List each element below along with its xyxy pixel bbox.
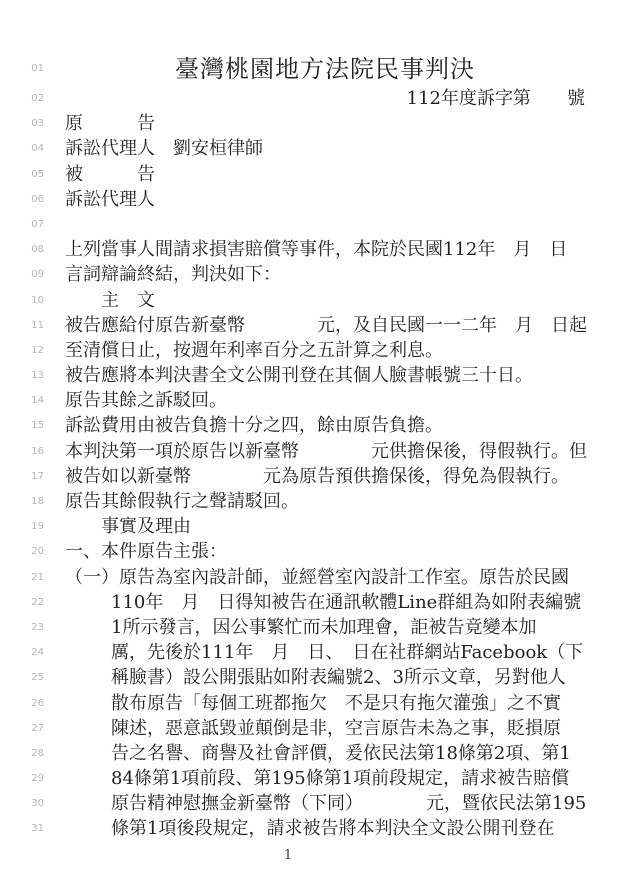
line-number: 23: [24, 615, 44, 640]
document-line: 13 被告應將本判決書全文公開刊登在其個人臉書帳號三十日。: [0, 363, 628, 388]
line-text: 告之名譽、商譽及社會評價，爰依民法第18條第2項、第1: [65, 741, 585, 766]
document-line: 25 稱臉書）設公開張貼如附表編號2、3所示文章，另對他人: [0, 665, 628, 690]
line-text: 原 告: [65, 111, 585, 136]
line-text: 臺灣桃園地方法院民事判決: [65, 52, 585, 86]
document-line: 17 被告如以新臺幣 元為原告預供擔保後，得免為假執行。: [0, 464, 628, 489]
line-text: 被 告: [65, 162, 585, 187]
line-number: 21: [24, 565, 44, 590]
line-text: 1所示發言，因公事繁忙而未加理會，詎被告竟變本加: [65, 615, 585, 640]
document-line: 12 至清償日止，按週年利率百分之五計算之利息。: [0, 338, 628, 363]
line-number: 29: [24, 766, 44, 791]
document-line: 15 訴訟費用由被告負擔十分之四，餘由原告負擔。: [0, 413, 628, 438]
document-line: 03 原 告: [0, 111, 628, 136]
line-text: 厲，先後於111年 月 日、 日在社群網站Facebook（下: [65, 640, 585, 665]
line-number: 10: [24, 288, 44, 313]
line-number: 13: [24, 363, 44, 388]
document-line: 21 （一）原告為室內設計師，並經營室內設計工作室。原告於民國: [0, 565, 628, 590]
line-number: 26: [24, 691, 44, 716]
line-text: 被告應將本判決書全文公開刊登在其個人臉書帳號三十日。: [65, 363, 585, 388]
document-line: 09 言詞辯論終結，判決如下：: [0, 262, 628, 287]
document-line: 01 臺灣桃園地方法院民事判決: [0, 52, 628, 86]
document-line: 24 厲，先後於111年 月 日、 日在社群網站Facebook（下: [0, 640, 628, 665]
document-line: 16 本判決第一項於原告以新臺幣 元供擔保後，得假執行。但: [0, 439, 628, 464]
document-line: 28 告之名譽、商譽及社會評價，爰依民法第18條第2項、第1: [0, 741, 628, 766]
line-text: 原告其餘之訴駁回。: [65, 388, 585, 413]
line-number: 05: [24, 162, 44, 187]
line-number: 17: [24, 464, 44, 489]
line-text: 事實及理由: [65, 514, 585, 539]
line-number: 06: [24, 187, 44, 212]
line-number: 24: [24, 640, 44, 665]
line-text: 訴訟代理人 劉安桓律師: [65, 136, 585, 161]
document-line: 14 原告其餘之訴駁回。: [0, 388, 628, 413]
line-number: 02: [24, 86, 44, 111]
line-number: 22: [24, 590, 44, 615]
line-number: 15: [24, 413, 44, 438]
line-number: 25: [24, 665, 44, 690]
line-number: 08: [24, 237, 44, 262]
line-text: 被告應給付原告新臺幣 元，及自民國一一二年 月 日起: [65, 313, 587, 338]
line-number: 11: [24, 313, 44, 338]
document-line: 18 原告其餘假執行之聲請駁回。: [0, 489, 628, 514]
line-number: 31: [24, 816, 44, 841]
line-number: 12: [24, 338, 44, 363]
line-text: 110年 月 日得知被告在通訊軟體Line群組為如附表編號: [65, 590, 585, 615]
line-number: 19: [24, 514, 44, 539]
document-line: 02 112年度訴字第 號: [0, 86, 628, 111]
line-text: 一、本件原告主張：: [65, 539, 585, 564]
document-line: 27 陳述，惡意詆毀並顛倒是非，空言原告未為之事，貶損原: [0, 716, 628, 741]
line-number: 09: [24, 262, 44, 287]
document-line: 22 110年 月 日得知被告在通訊軟體Line群組為如附表編號: [0, 590, 628, 615]
line-text: 條第1項後段規定，請求被告將本判決全文設公開刊登在: [65, 816, 585, 841]
document-line: 06 訴訟代理人: [0, 187, 628, 212]
document-line: 31 條第1項後段規定，請求被告將本判決全文設公開刊登在: [0, 816, 628, 841]
document-line: 23 1所示發言，因公事繁忙而未加理會，詎被告竟變本加: [0, 615, 628, 640]
line-text: 稱臉書）設公開張貼如附表編號2、3所示文章，另對他人: [65, 665, 585, 690]
line-number: 28: [24, 741, 44, 766]
line-text: 112年度訴字第 號: [65, 86, 585, 111]
line-number: 01: [24, 52, 44, 86]
line-number: 16: [24, 439, 44, 464]
line-text: 上列當事人間請求損害賠償等事件，本院於民國112年 月 日: [65, 237, 585, 262]
document-line: 10 主 文: [0, 288, 628, 313]
page-number: 1: [0, 848, 576, 863]
line-number: 03: [24, 111, 44, 136]
line-text: 至清償日止，按週年利率百分之五計算之利息。: [65, 338, 585, 363]
line-text: 訴訟代理人: [65, 187, 585, 212]
line-text: 主 文: [65, 288, 585, 313]
line-text: 訴訟費用由被告負擔十分之四，餘由原告負擔。: [65, 413, 585, 438]
document-line: 20 一、本件原告主張：: [0, 539, 628, 564]
line-number: 07: [24, 212, 44, 237]
document-line: 19 事實及理由: [0, 514, 628, 539]
line-text: 言詞辯論終結，判決如下：: [65, 262, 585, 287]
line-text: 原告其餘假執行之聲請駁回。: [65, 489, 585, 514]
document-line: 08 上列當事人間請求損害賠償等事件，本院於民國112年 月 日: [0, 237, 628, 262]
line-text: 84條第1項前段、第195條第1項前段規定，請求被告賠償: [65, 766, 585, 791]
document-line: 07: [0, 212, 628, 237]
line-text: 本判決第一項於原告以新臺幣 元供擔保後，得假執行。但: [65, 439, 587, 464]
line-number: 27: [24, 716, 44, 741]
document-line: 29 84條第1項前段、第195條第1項前段規定，請求被告賠償: [0, 766, 628, 791]
line-text: （一）原告為室內設計師，並經營室內設計工作室。原告於民國: [65, 565, 585, 590]
line-text: 散布原告「每個工班都拖欠 不是只有拖欠灌強」之不實: [65, 691, 585, 716]
document-line: 05 被 告: [0, 162, 628, 187]
line-number: 04: [24, 136, 44, 161]
document-line: 26 散布原告「每個工班都拖欠 不是只有拖欠灌強」之不實: [0, 691, 628, 716]
line-number: 18: [24, 489, 44, 514]
line-number: 14: [24, 388, 44, 413]
judgment-page: 01 臺灣桃園地方法院民事判決 02 112年度訴字第 號 03 原 告 04 …: [0, 0, 628, 888]
line-number: 30: [24, 791, 44, 816]
document-line: 04 訴訟代理人 劉安桓律師: [0, 136, 628, 161]
line-text: 被告如以新臺幣 元為原告預供擔保後，得免為假執行。: [65, 464, 585, 489]
judgment-document: 01 臺灣桃園地方法院民事判決 02 112年度訴字第 號 03 原 告 04 …: [0, 52, 628, 842]
document-line: 30 原告精神慰撫金新臺幣（下同） 元，暨依民法第195: [0, 791, 628, 816]
document-line: 11 被告應給付原告新臺幣 元，及自民國一一二年 月 日起: [0, 313, 628, 338]
line-number: 20: [24, 539, 44, 564]
line-text: 原告精神慰撫金新臺幣（下同） 元，暨依民法第195: [65, 791, 586, 816]
line-text: 陳述，惡意詆毀並顛倒是非，空言原告未為之事，貶損原: [65, 716, 585, 741]
